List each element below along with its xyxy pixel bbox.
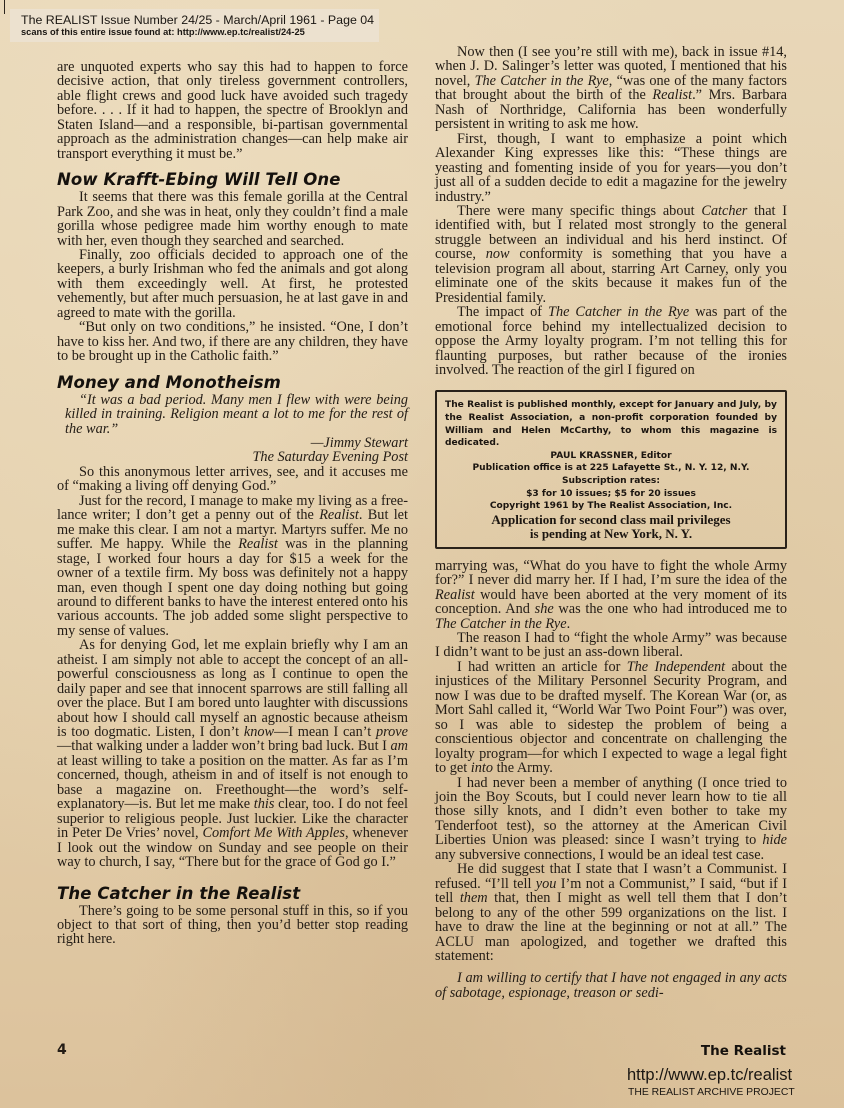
epigraph-quote: “It was a bad period. Many men I flew wi… — [65, 393, 408, 436]
paragraph: marrying was, “What do you have to fight… — [435, 559, 787, 631]
section-heading-catcher-realist: The Catcher in the Realist — [57, 884, 408, 904]
epigraph: “It was a bad period. Many men I flew wi… — [57, 393, 408, 465]
paragraph: The impact of The Catcher in the Rye was… — [435, 305, 787, 377]
masthead-mail-line2: is pending at New York, N. Y. — [445, 527, 777, 541]
issue-source-note: scans of this entire issue found at: htt… — [21, 27, 379, 38]
paragraph: First, though, I want to emphasize a poi… — [435, 132, 787, 204]
page-number: 4 — [57, 1042, 67, 1058]
archive-url-link[interactable]: http://www.ep.tc/realist — [627, 1066, 792, 1085]
archive-project-name: THE REALIST ARCHIVE PROJECT — [628, 1087, 795, 1098]
masthead-mail-line1: Application for second class mail privil… — [445, 513, 777, 527]
footer-magazine-title: The Realist — [701, 1043, 786, 1059]
paragraph: There were many specific things about Ca… — [435, 204, 787, 305]
right-column: Now then (I see you’re still with me), b… — [435, 45, 787, 1000]
masthead-description: The Realist is published monthly, except… — [445, 399, 777, 449]
paragraph: I had never been a member of anything (I… — [435, 776, 787, 863]
paragraph: Finally, zoo officials decided to approa… — [57, 248, 408, 320]
paragraph: The reason I had to “fight the whole Arm… — [435, 631, 787, 660]
masthead-subscription-label: Subscription rates: — [445, 475, 777, 488]
scan-info-banner: The REALIST Issue Number 24/25 - March/A… — [10, 9, 379, 42]
epigraph-source: The Saturday Evening Post — [65, 450, 408, 464]
masthead-copyright: Copyright 1961 by The Realist Associatio… — [445, 500, 777, 513]
paragraph: As for denying God, let me explain brief… — [57, 638, 408, 869]
masthead-office: Publication office is at 225 Lafayette S… — [445, 462, 777, 475]
section-heading-money-monotheism: Money and Monotheism — [57, 373, 408, 393]
masthead-editor: PAUL KRASSNER, Editor — [445, 450, 777, 463]
masthead-rates: $3 for 10 issues; $5 for 20 issues — [445, 488, 777, 501]
intro-paragraph: are unquoted experts who say this had to… — [57, 60, 408, 161]
paragraph: “But only on two conditions,” he insiste… — [57, 320, 408, 363]
paragraph: Just for the record, I manage to make my… — [57, 494, 408, 639]
issue-title: The REALIST Issue Number 24/25 - March/A… — [21, 9, 379, 27]
paragraph: I had written an article for The Indepen… — [435, 660, 787, 776]
paragraph: So this anonymous letter arrives, see, a… — [57, 465, 408, 494]
masthead-box: The Realist is published monthly, except… — [435, 390, 787, 548]
paragraph: He did suggest that I state that I wasn’… — [435, 862, 787, 963]
paragraph: Now then (I see you’re still with me), b… — [435, 45, 787, 132]
paragraph: There’s going to be some personal stuff … — [57, 904, 408, 947]
epigraph-author: —Jimmy Stewart — [65, 436, 408, 450]
section-heading-krafft-ebing: Now Krafft-Ebing Will Tell One — [57, 170, 408, 190]
left-column: are unquoted experts who say this had to… — [57, 60, 408, 947]
scan-edge-mark — [4, 0, 5, 14]
paragraph: It seems that there was this female gori… — [57, 190, 408, 248]
certification-statement: I am willing to certify that I have not … — [435, 971, 787, 1000]
